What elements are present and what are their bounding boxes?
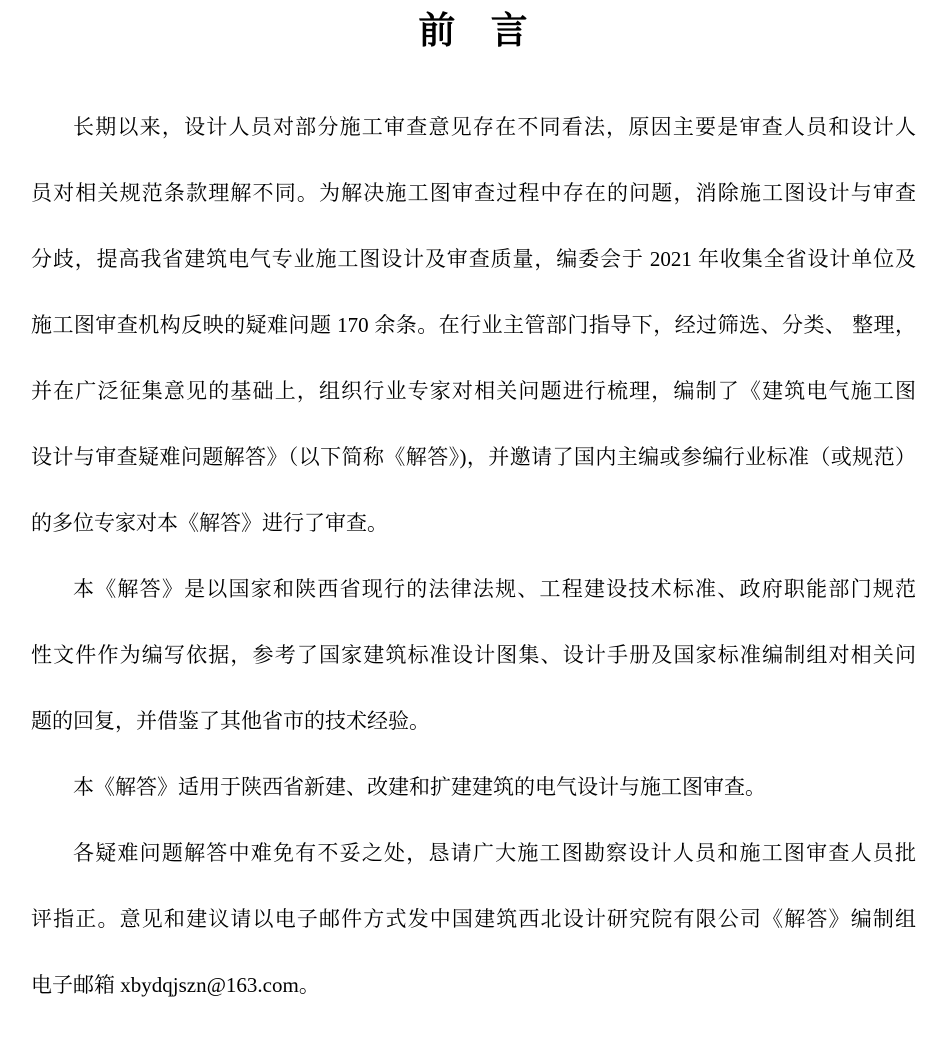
text-line: 各疑难问题解答中难免有不妥之处，恳请广大施工图勘察设计人员和施工图审查人员批 <box>31 820 916 886</box>
text-line: 长期以来，设计人员对部分施工审查意见存在不同看法，原因主要是审查人员和设计人 <box>31 94 916 160</box>
page-title: 前 言 <box>0 6 947 58</box>
text-line: 施工图审查机构反映的疑难问题 170 余条。在行业主管部门指导下，经过筛选、分类… <box>31 292 916 358</box>
document-body: 长期以来，设计人员对部分施工审查意见存在不同看法，原因主要是审查人员和设计人 员… <box>31 94 916 1018</box>
text-line: 题的回复，并借鉴了其他省市的技术经验。 <box>31 688 916 754</box>
text-line: 设计与审查疑难问题解答》（以下简称《解答》)，并邀请了国内主编或参编行业标准（或… <box>31 424 916 490</box>
text-line: 性文件作为编写依据，参考了国家建筑标准设计图集、设计手册及国家标准编制组对相关问 <box>31 622 916 688</box>
text-line: 本《解答》是以国家和陕西省现行的法律法规、工程建设技术标准、政府职能部门规范 <box>31 556 916 622</box>
text-line: 的多位专家对本《解答》进行了审查。 <box>31 490 916 556</box>
text-line: 并在广泛征集意见的基础上，组织行业专家对相关问题进行梳理，编制了《建筑电气施工图 <box>31 358 916 424</box>
text-line: 评指正。意见和建议请以电子邮件方式发中国建筑西北设计研究院有限公司《解答》编制组 <box>31 886 916 952</box>
text-line: 分歧，提高我省建筑电气专业施工图设计及审查质量，编委会于 2021 年收集全省设… <box>31 226 916 292</box>
text-line: 电子邮箱 xbydqjszn@163.com。 <box>31 952 916 1018</box>
document-page: 前 言 长期以来，设计人员对部分施工审查意见存在不同看法，原因主要是审查人员和设… <box>0 0 947 1049</box>
text-line: 本《解答》适用于陕西省新建、改建和扩建建筑的电气设计与施工图审查。 <box>31 754 916 820</box>
text-line: 员对相关规范条款理解不同。为解决施工图审查过程中存在的问题，消除施工图设计与审查 <box>31 160 916 226</box>
